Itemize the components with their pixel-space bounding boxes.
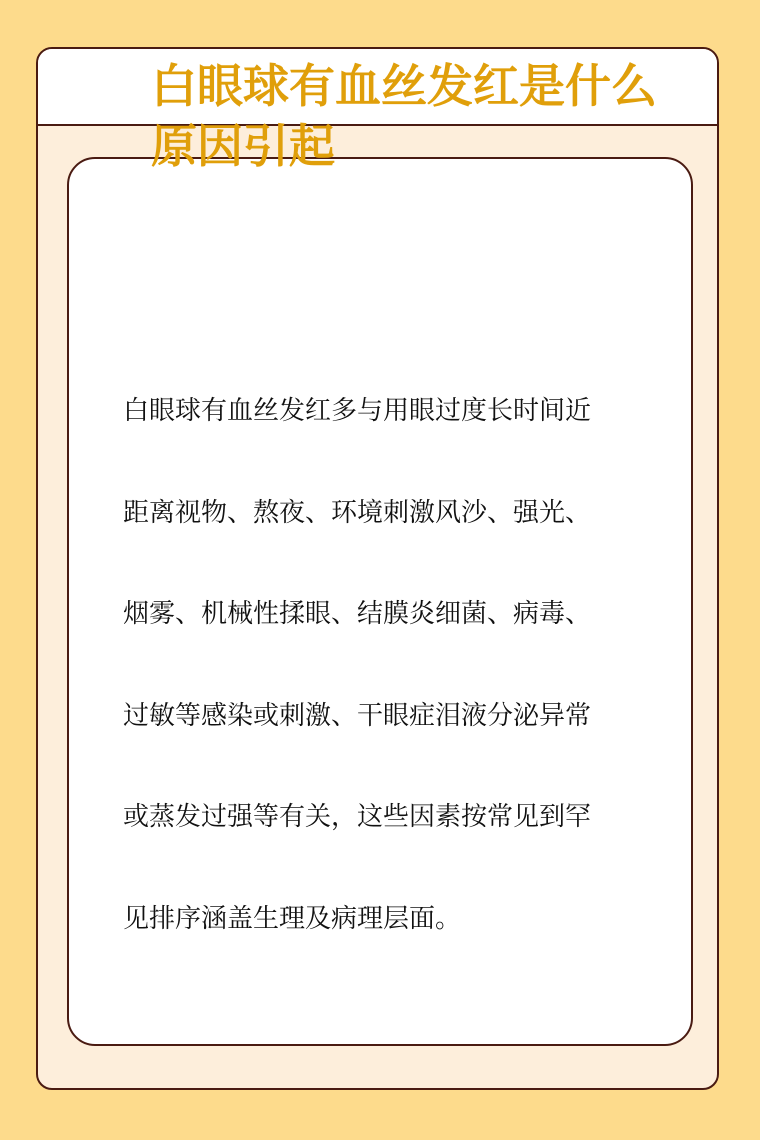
- title-line-2: 原因引起: [151, 116, 711, 176]
- title-line-1: 白眼球有血丝发红是什么: [151, 56, 711, 116]
- page-title: 白眼球有血丝发红是什么 原因引起: [151, 56, 711, 176]
- body-line-5: 或蒸发过强等有关，这些因素按常见到罕: [123, 791, 668, 893]
- body-line-3: 烟雾、机械性揉眼、结膜炎细菌、病毒、: [123, 588, 668, 690]
- body-line-1: 白眼球有血丝发红多与用眼过度长时间近: [123, 385, 668, 487]
- body-line-2: 距离视物、熬夜、环境刺激风沙、强光、: [123, 487, 668, 589]
- body-line-4: 过敏等感染或刺激、干眼症泪液分泌异常: [123, 690, 668, 792]
- body-line-6: 见排序涵盖生理及病理层面。: [123, 893, 668, 995]
- body-paragraph: 白眼球有血丝发红多与用眼过度长时间近 距离视物、熬夜、环境刺激风沙、强光、 烟雾…: [123, 385, 668, 994]
